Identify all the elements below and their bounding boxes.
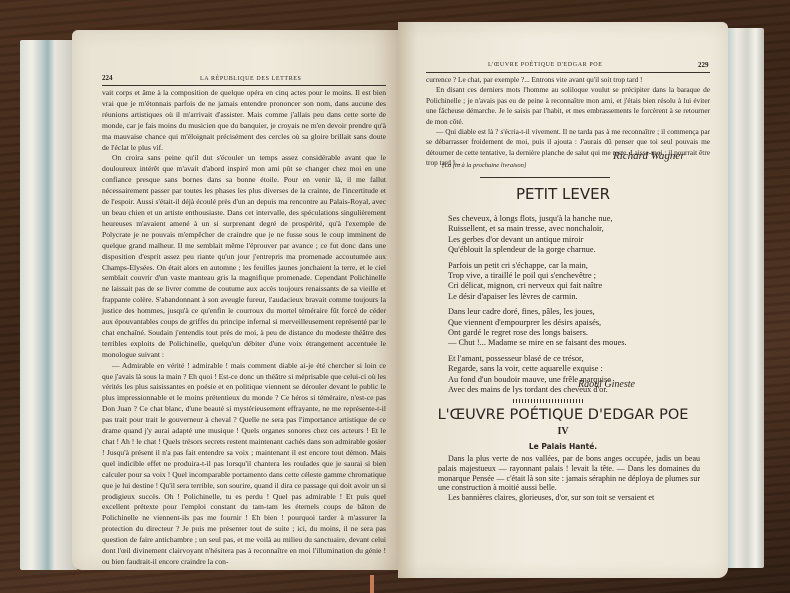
poem-author: Raoul Gineste — [578, 379, 635, 390]
poem-line: Ses cheveux, à longs flots, jusqu'à la h… — [448, 214, 627, 224]
poem-line: — Chut !... Madame se mire en se faisant… — [448, 338, 627, 348]
poem-line: Cri délicat, mignon, cri nerveux qui fai… — [448, 281, 627, 291]
paragraph: — Admirable en vérité ! admirable ! mais… — [102, 361, 386, 568]
continuation-note: [La fin à la prochaine livraison] — [442, 162, 526, 169]
book-page-edges-left — [20, 40, 78, 570]
article-body: Dans la plus verte de nos vallées, par d… — [438, 454, 700, 503]
section-subtitle: Le Palais Hanté. — [398, 442, 728, 451]
paragraph: Les bannières claires, glorieuses, d'or,… — [438, 493, 700, 503]
bookmark-ribbon — [370, 575, 374, 593]
paragraph: Dans la plus verte de nos vallées, par d… — [438, 454, 700, 493]
paragraph: En disant ces derniers mots l'homme au s… — [426, 85, 710, 127]
poem-line: Qu'éblouit la splendeur de la gorge char… — [448, 245, 627, 255]
poem-line: Parfois un petit cri s'échappe, car la m… — [448, 261, 627, 271]
body-text: vait corps et âme à la composition de qu… — [102, 88, 386, 568]
poem-line: Ruissellent, et sa main tresse, avec non… — [448, 224, 627, 234]
header-rule — [426, 72, 710, 73]
paragraph: currence ? Le chat, par exemple ?... Ent… — [426, 75, 710, 85]
running-head: La République des Lettres — [200, 76, 302, 82]
poem-title: PETIT LEVER — [398, 185, 728, 203]
poem-line: Le désir d'apaiser les lèvres de carmin. — [448, 292, 627, 302]
header-rule — [102, 85, 386, 86]
poem-line: Ont gardé le regret rose des longs baise… — [448, 328, 627, 338]
left-page: 224 La République des Lettres vait corps… — [72, 30, 398, 570]
paragraph: vait corps et âme à la composition de qu… — [102, 88, 386, 153]
poem-line: Que viennent d'empourprer les désirs apa… — [448, 318, 627, 328]
right-page: L'Œuvre poétique d'Edgar Poe 229 currenc… — [398, 22, 728, 578]
ornamental-divider — [513, 399, 583, 403]
poem-stanza: Ses cheveux, à longs flots, jusqu'à la h… — [448, 214, 627, 256]
book-page-edges-right — [722, 28, 764, 568]
poem-line: Les gerbes d'or devant un antique miroir — [448, 235, 627, 245]
author-signature: Richard Wagner — [613, 150, 685, 162]
divider-rule — [480, 177, 610, 182]
page-number: 224 — [102, 74, 113, 82]
section-numeral: IV — [398, 426, 728, 437]
paragraph: On croira sans peine qu'il dut s'écouler… — [102, 153, 386, 360]
poem: Ses cheveux, à longs flots, jusqu'à la h… — [448, 214, 627, 401]
poem-line: Regarde, sans la voir, cette aquarelle e… — [448, 364, 627, 374]
poem-line: Dans leur cadre doré, fines, pâles, les … — [448, 307, 627, 317]
poem-stanza: Parfois un petit cri s'échappe, car la m… — [448, 261, 627, 303]
poem-line: Trop vive, a tiraillé le poil qui s'ench… — [448, 271, 627, 281]
poem-line: Et l'amant, possesseur blasé de ce tréso… — [448, 354, 627, 364]
poem-stanza: Dans leur cadre doré, fines, pâles, les … — [448, 307, 627, 349]
page-number: 229 — [698, 61, 709, 69]
article-title: L'ŒUVRE POÉTIQUE D'EDGAR POE — [398, 407, 728, 423]
running-head: L'Œuvre poétique d'Edgar Poe — [488, 62, 602, 68]
